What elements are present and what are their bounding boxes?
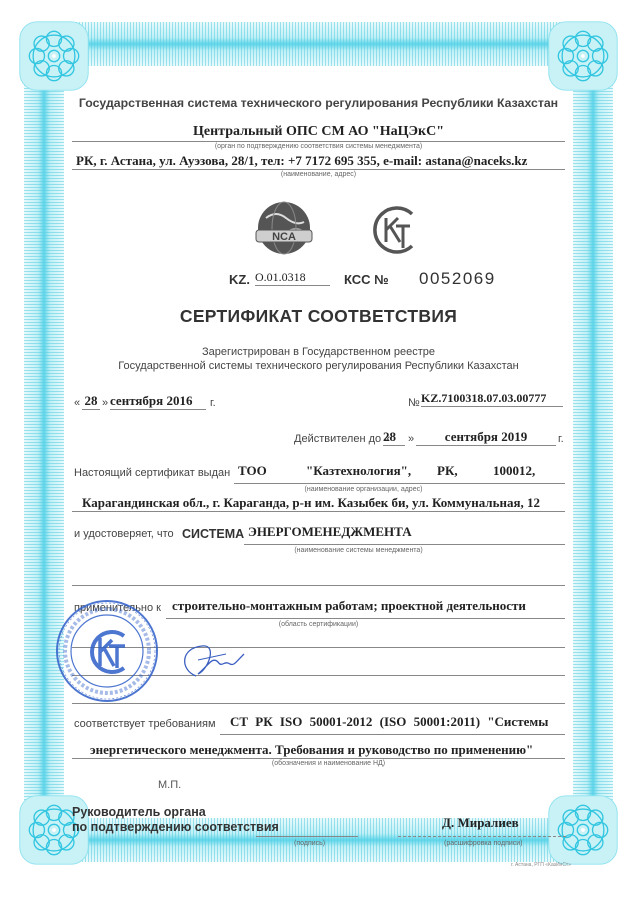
standard-line (220, 733, 565, 735)
signature-icon (178, 640, 248, 684)
certification-body-address: РК, г. Астана, ул. Ауэзова, 28/1, тел: +… (72, 153, 565, 170)
standard-caption: (обозначения и наименование НД) (92, 759, 565, 769)
org-name: "Казтехнология", (306, 463, 411, 479)
issued-to-label: Настоящий сертификат выдан (74, 467, 230, 479)
name-caption: (расшифровка подписи) (444, 839, 523, 849)
svg-text:NCA: NCA (272, 231, 296, 243)
issue-date-row: « 28 » сентября 2016 г. № KZ.7100318.07.… (72, 393, 565, 415)
kz-accreditation-number: O.01.0318 (255, 270, 330, 286)
valid-month-year: сентября 2019 (416, 429, 556, 446)
head-line-1: Руководитель органа (72, 805, 279, 820)
signature-line (256, 835, 358, 837)
issued-to-caption: (наименование организации, адрес) (162, 485, 565, 495)
valid-until-row: Действителен до « 28 » сентября 2019 г. (72, 429, 565, 451)
certification-scope: строительно-монтажным работам; проектной… (172, 598, 526, 614)
valid-until-label: Действителен до « (294, 433, 390, 445)
name-line (398, 835, 566, 837)
stamp-label: М.П. (158, 779, 181, 791)
certificate-body: Государственная система технического рег… (72, 90, 565, 853)
year-suffix: г. (210, 397, 216, 409)
management-system-name: ЭНЕРГОМЕНЕДЖМЕНТА (248, 524, 412, 540)
border-top (70, 22, 567, 66)
org-country: РК, (437, 463, 458, 479)
signature-block: М.П. Руководитель органа по подтверждени… (72, 773, 565, 853)
printer-footer: г. Астана, РГП «КазИнСт» (511, 862, 571, 868)
head-line-2: по подтверждению соответствия (72, 820, 279, 835)
issue-day: 28 (82, 393, 100, 410)
issued-to-line (234, 482, 565, 484)
year-suffix: г. (558, 433, 564, 445)
quote-close: » (408, 433, 414, 445)
registered-line-2: Государственной системы технического рег… (72, 359, 565, 373)
nca-globe-logo-icon: NCA (252, 198, 316, 262)
standard-label: соответствует требованиям (74, 718, 216, 730)
certifies-row: и удостоверяет, что СИСТЕМА ЭНЕРГОМЕНЕДЖ… (72, 524, 565, 546)
signature-caption: (подпись) (294, 839, 325, 849)
number-label: № (408, 397, 420, 409)
org-address-line: Карагандинская обл., г. Караганда, р-н и… (72, 495, 565, 512)
border-right (573, 70, 613, 830)
standard-name: энергетического менеджмента. Требования … (72, 742, 565, 759)
system-label: СИСТЕМА (182, 527, 244, 541)
registration-row: KZ. O.01.0318 КСС № 0052069 (72, 270, 565, 292)
kcc-label: КСС № (344, 272, 389, 287)
kst-logo-icon (366, 202, 422, 258)
org-postcode: 100012, (493, 463, 535, 479)
certifies-label: и удостоверяет, что (74, 528, 174, 540)
scope-line (166, 617, 565, 619)
certificate-title: СЕРТИФИКАТ СООТВЕТСТВИЯ (72, 306, 565, 327)
valid-day: 28 (383, 429, 405, 446)
head-of-body-label: Руководитель органа по подтверждению соо… (72, 805, 279, 835)
border-left (24, 70, 64, 830)
standard-designation: СТ РК ISO 50001-2012 (ISO 50001:2011) "С… (230, 714, 548, 730)
registered-line-1: Зарегистрирован в Государственном реестр… (72, 345, 565, 359)
logos-row: NCA (72, 198, 565, 268)
government-system-heading: Государственная система технического рег… (72, 96, 565, 110)
rosette-icon (545, 18, 621, 94)
quote-open: « (74, 397, 80, 409)
certification-body-name: Центральный ОПС СМ АО "НаЦЭкС" (72, 124, 565, 142)
address-caption: (наименование, адрес) (72, 170, 565, 180)
issued-to-row: Настоящий сертификат выдан ТОО "Казтехно… (72, 463, 565, 485)
kz-label: KZ. (229, 272, 250, 287)
certificate-registration-number: KZ.7100318.07.03.00777 (421, 391, 563, 407)
registered-statement: Зарегистрирован в Государственном реестр… (72, 345, 565, 373)
certification-body-caption: (орган по подтверждению соответствия сис… (72, 142, 565, 152)
certifies-caption: (наименование системы менеджмента) (152, 546, 565, 556)
rosette-icon (16, 18, 92, 94)
issue-month-year: сентября 2016 (110, 393, 206, 410)
certifies-line (244, 543, 565, 545)
kcc-serial-number: 0052069 (419, 269, 496, 289)
blank-line (72, 584, 565, 586)
org-form: ТОО (238, 463, 267, 479)
signatory-name: Д. Миралиев (442, 815, 519, 831)
official-stamp-icon (54, 598, 160, 704)
quote-close: » (102, 397, 108, 409)
standard-row: соответствует требованиям СТ РК ISO 5000… (72, 714, 565, 736)
